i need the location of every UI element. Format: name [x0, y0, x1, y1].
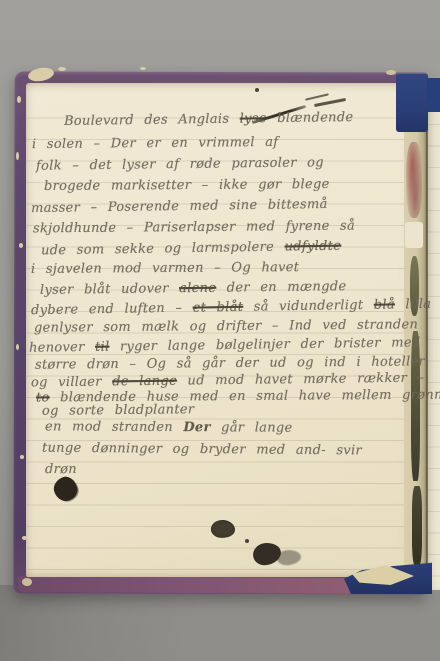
- handwriting-line: skjoldhunde – Pariserlapser med fyrene s…: [33, 219, 355, 237]
- handwritten-word: Boulevard des Anglais: [64, 112, 240, 129]
- handwritten-text: Boulevard des Anglais lyse blændendei so…: [0, 0, 440, 661]
- handwritten-word: masser – Poserende med sine bittesmå: [31, 197, 328, 216]
- handwritten-word: folk – det lyser af røde parasoler og: [36, 155, 324, 174]
- handwriting-line: en mod stranden Der går lange: [45, 419, 293, 435]
- handwritten-word: og sorte bladplanter: [42, 402, 194, 419]
- handwriting-line: og sorte bladplanter: [42, 402, 194, 419]
- handwritten-word: går lange: [211, 420, 293, 435]
- handwritten-word: ud mod havet mørke rækker –: [177, 371, 424, 389]
- handwritten-word: og villaer: [31, 374, 112, 390]
- handwritten-word: tunge dønninger og bryder med and- svir: [42, 441, 362, 459]
- handwriting-line: henover til ryger lange bølgelinjer der …: [29, 335, 421, 355]
- struck-word: de lange: [112, 374, 177, 390]
- handwritten-word: Der: [183, 420, 210, 435]
- struck-word: udfyldte: [284, 239, 341, 255]
- handwritten-word: drøn: [45, 462, 77, 477]
- handwritten-word: genlyser som mælk og drifter – Ind ved s…: [34, 317, 418, 335]
- handwriting-line: brogede markisetter – ikke gør blege: [44, 177, 330, 194]
- struck-word: alene: [179, 281, 216, 296]
- handwritten-word: blændende: [267, 110, 354, 126]
- handwriting-line: dybere end luften – et blåt så vidunderl…: [31, 297, 431, 318]
- handwritten-word: ryger lange bølgelinjer der brister med: [109, 335, 420, 354]
- handwriting-line: i solen – Der er en vrimmel af: [32, 135, 279, 152]
- handwritten-word: større drøn – Og så går der ud og ind i …: [35, 354, 425, 372]
- handwritten-word: henover: [29, 340, 95, 356]
- photograph-of-notebook: { "scene": { "subject": "open notebook w…: [0, 0, 440, 661]
- handwriting-line: tunge dønninger og bryder med and- svir: [42, 441, 362, 459]
- handwriting-line: Boulevard des Anglais lyse blændende: [64, 110, 354, 129]
- handwritten-word: dybere end luften –: [31, 301, 193, 319]
- handwritten-word: der en mængde: [216, 279, 346, 296]
- struck-word: lyse: [240, 111, 267, 126]
- handwritten-word: brogede markisetter – ikke gør blege: [44, 177, 330, 194]
- handwritten-word: i sjavelen mod varmen – Og havet: [31, 260, 299, 277]
- handwriting-line: lyser blåt udover alene der en mængde: [40, 279, 347, 298]
- handwritten-word: lilla: [395, 297, 432, 313]
- handwritten-word: lyser blåt udover: [40, 281, 179, 298]
- ink-splatter-dot: [245, 539, 249, 543]
- handwriting-line: folk – det lyser af røde parasoler og: [36, 155, 324, 174]
- handwritten-word: skjoldhunde – Pariserlapser med fyrene s…: [33, 219, 355, 237]
- handwriting-line: større drøn – Og så går der ud og ind i …: [35, 354, 425, 372]
- struck-word: blå: [374, 297, 395, 312]
- handwriting-line: masser – Poserende med sine bittesmå: [31, 197, 328, 216]
- handwriting-line: i sjavelen mod varmen – Og havet: [31, 260, 299, 277]
- handwriting-line: genlyser som mælk og drifter – Ind ved s…: [34, 317, 418, 335]
- struck-word: til: [95, 340, 110, 355]
- handwriting-line: drøn: [45, 462, 77, 477]
- handwritten-word: så vidunderligt: [243, 298, 374, 315]
- handwritten-word: i solen – Der er en vrimmel af: [32, 135, 279, 152]
- handwritten-word: ude som sekke og larmspolere: [41, 240, 285, 259]
- handwriting-line: ude som sekke og larmspolere udfyldte: [41, 239, 341, 259]
- struck-word: et blåt: [193, 300, 244, 316]
- handwritten-word: en mod stranden: [45, 419, 183, 435]
